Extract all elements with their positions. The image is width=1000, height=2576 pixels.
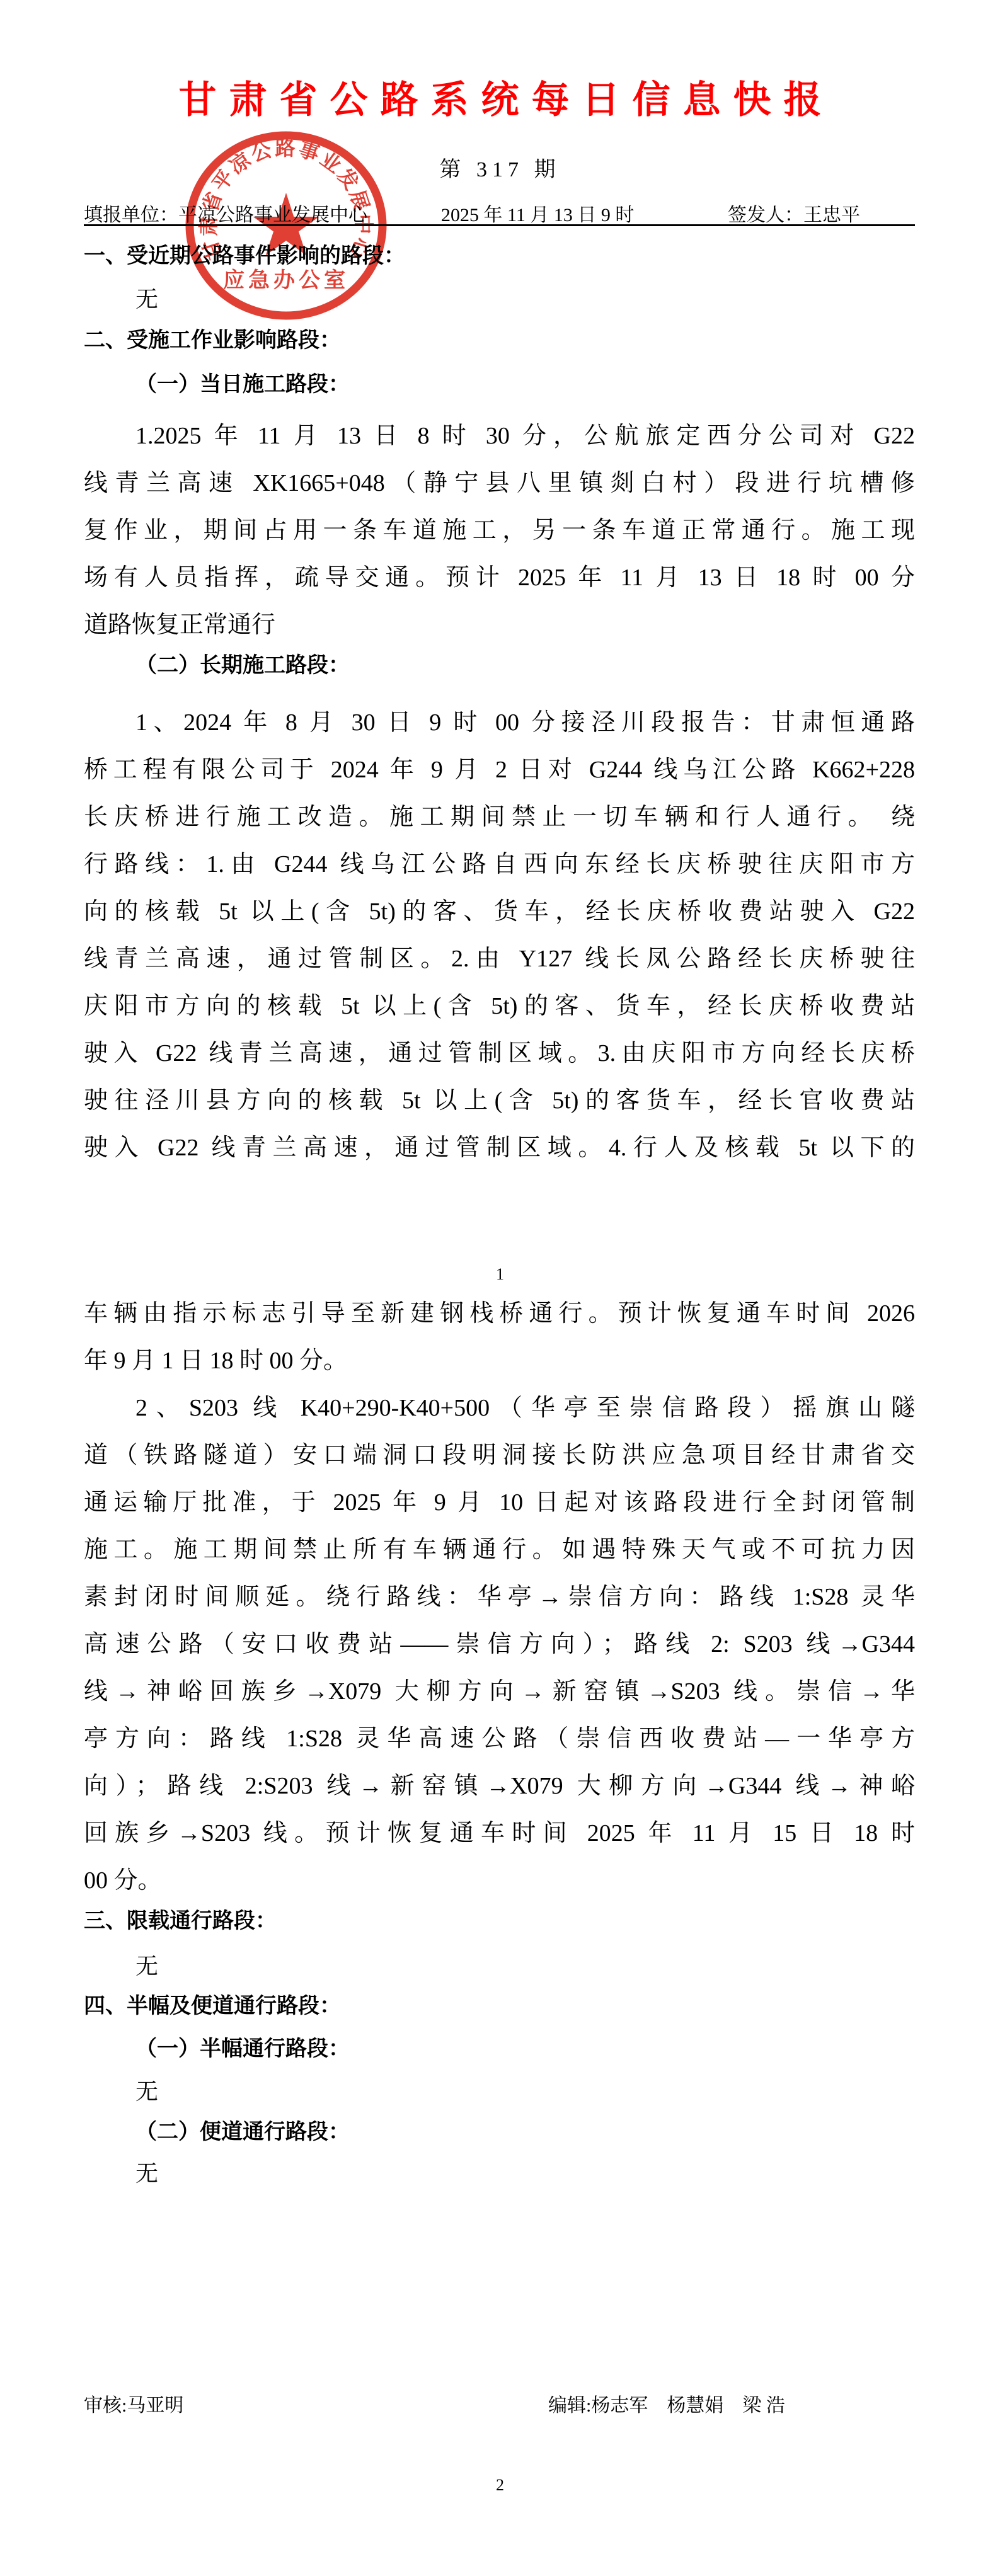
- body-line: 素封闭时间顺延。绕行路线：华亭→崇信方向：路线 1:S28 灵华: [84, 1581, 915, 1613]
- body-line: 回族乡→S203 线。预计恢复通车时间 2025 年 11 月 15 日 18 …: [84, 1818, 915, 1849]
- section-4-sub-2: （二）便道通行路段：: [84, 2117, 967, 2148]
- reviewer: 审核:马亚明: [84, 2390, 183, 2417]
- body-line: 1、2024 年 8 月 30 日 9 时 00 分接泾川段报告：甘肃恒通路: [84, 707, 915, 738]
- page-number-1: 1: [0, 1265, 1000, 1284]
- body-line: 驶入 G22 线青兰高速，通过管制区域。3.由庆阳市方向经长庆桥: [84, 1038, 915, 1069]
- section-4-sub-2-none: 无: [84, 2158, 967, 2189]
- section-4-sub-1: （一）半幅通行路段：: [84, 2034, 967, 2065]
- body-line: 驶往泾川县方向的核载 5t 以上(含 5t)的客货车，经长官收费站: [84, 1085, 915, 1116]
- body-line: 道（铁路隧道）安口端洞口段明洞接长防洪应急项目经甘肃省交: [84, 1440, 915, 1471]
- section-4-heading: 四、半幅及便道通行路段：: [84, 1991, 915, 2022]
- section-3-none: 无: [84, 1950, 967, 1982]
- body-line: 道路恢复正常通行: [84, 609, 915, 641]
- body-line: 向的核载 5t 以上(含 5t)的客、货车，经长庆桥收费站驶入 G22: [84, 896, 915, 927]
- section-3-heading: 三、限载通行路段：: [84, 1906, 915, 1937]
- section-2-sub-2: （二）长期施工路段：: [84, 650, 967, 682]
- body-line: 00 分。: [84, 1865, 915, 1896]
- footer-row: 审核:马亚明 编辑:杨志军 杨慧娟 梁 浩: [84, 2390, 915, 2417]
- issue-number: 第 317 期: [0, 157, 1000, 183]
- editors: 编辑:杨志军 杨慧娟 梁 浩: [548, 2390, 785, 2417]
- body-line: 1.2025 年 11 月 13 日 8 时 30 分，公航旅定西分公司对 G2…: [84, 420, 915, 452]
- issuer: 签发人：王忠平: [728, 199, 860, 227]
- body-line: 通运输厅批准，于 2025 年 9 月 10 日起对该路段进行全封闭管制: [84, 1487, 915, 1518]
- stamp-office-text: 应急办公室: [223, 268, 349, 292]
- body-line: 施工。施工期间禁止所有车辆通行。如遇特殊天气或不可抗力因: [84, 1534, 915, 1566]
- official-stamp: 甘肃省平凉公路事业发展中心 应急办公室: [181, 130, 391, 323]
- body-line: 线青兰高速，通过管制区。2.由 Y127 线长凤公路经长庆桥驶往: [84, 943, 915, 975]
- page-number-2: 2: [0, 2476, 1000, 2495]
- body-line: 2、S203 线 K40+290-K40+500（华亭至崇信路段）摇旗山隧: [84, 1392, 915, 1424]
- body-line: 桥工程有限公司于 2024 年 9 月 2 日对 G244 线乌江公路 K662…: [84, 754, 915, 786]
- body-line: 向）；路线 2:S203 线→新窑镇→X079 大柳方向→G344 线→神峪: [84, 1770, 915, 1802]
- body-line: 行路线：1.由 G244 线乌江公路自西向东经长庆桥驶往庆阳市方: [84, 849, 915, 880]
- body-line: 年 9 月 1 日 18 时 00 分。: [84, 1345, 915, 1377]
- body-line: 高速公路（安口收费站——崇信方向）；路线 2: S203 线→G344: [84, 1629, 915, 1660]
- body-line: 亭方向：路线 1:S28 灵华高速公路（崇信西收费站—一华亭方: [84, 1723, 915, 1755]
- body-line: 庆阳市方向的核载 5t 以上(含 5t)的客、货车，经长庆桥收费站: [84, 990, 915, 1022]
- report-datetime: 2025 年 11 月 13 日 9 时: [441, 199, 634, 227]
- body-line: 复作业，期间占用一条车道施工，另一条车道正常通行。施工现: [84, 515, 915, 546]
- body-line: 场有人员指挥，疏导交通。预计 2025 年 11 月 13 日 18 时 00 …: [84, 562, 915, 593]
- body-line: 线青兰高速 XK1665+048（静宁县八里镇剡白村）段进行坑槽修: [84, 467, 915, 499]
- section-2-heading: 二、受施工作业影响路段：: [84, 325, 915, 357]
- doc-title: 甘肃省公路系统每日信息快报: [0, 79, 1000, 121]
- section-4-sub-1-none: 无: [84, 2076, 967, 2107]
- section-2-sub-1: （一）当日施工路段：: [84, 369, 967, 401]
- body-line: 线→神峪回族乡→X079 大柳方向→新窑镇→S203 线。崇信→华: [84, 1676, 915, 1707]
- body-line: 车辆由指示标志引导至新建钢栈桥通行。预计恢复通车时间 2026: [84, 1298, 915, 1329]
- stamp-star-icon: [253, 193, 319, 256]
- body-line: 长庆桥进行施工改造。施工期间禁止一切车辆和行人通行。 绕: [84, 801, 915, 833]
- document-page: 甘肃省公路系统每日信息快报 第 317 期 填报单位：平凉公路事业发展中心 20…: [0, 0, 1000, 2576]
- body-line: 驶入 G22 线青兰高速，通过管制区域。4.行人及核载 5t 以下的: [84, 1132, 915, 1164]
